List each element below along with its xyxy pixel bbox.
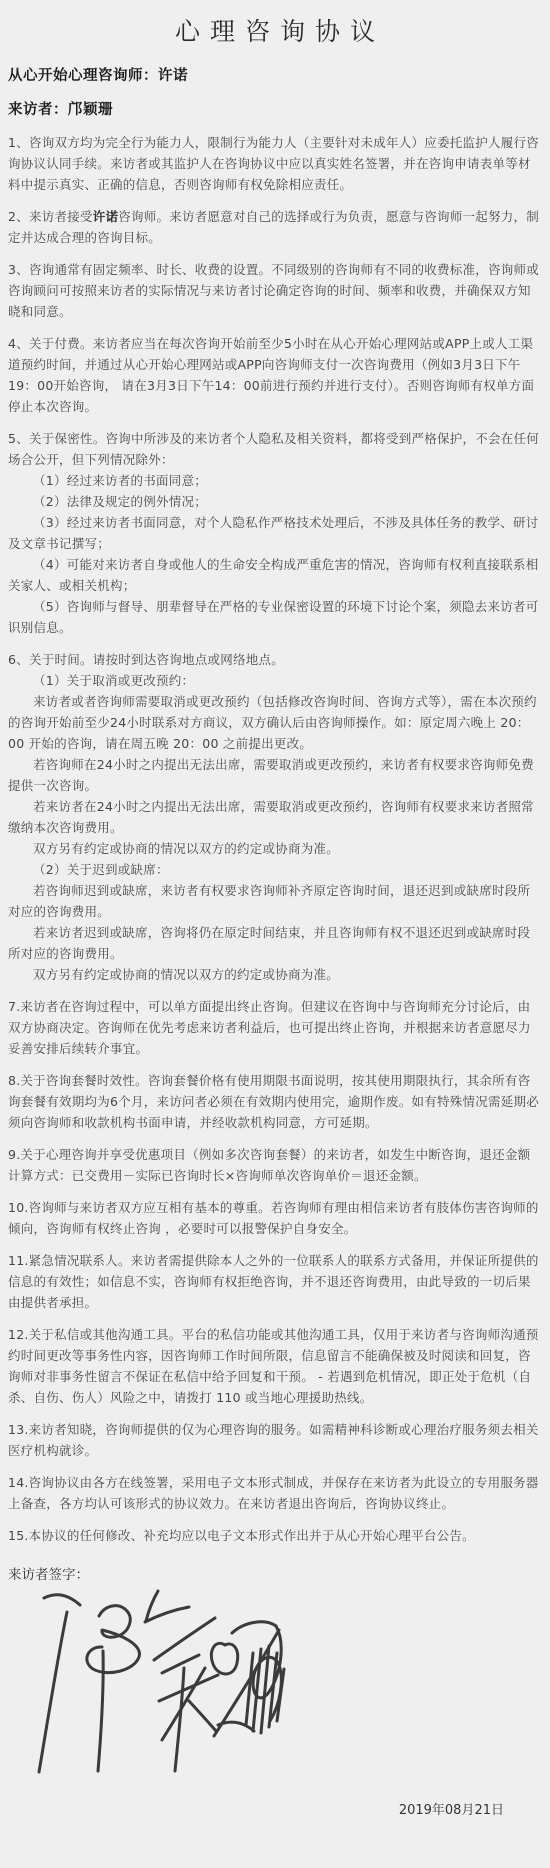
clause-paragraph: 1、咨询双方均为完全行为能力人，限制行为能力人（主要针对未成年人）应委托监护人履… (8, 132, 542, 195)
clause-paragraph: （1）关于取消或更改预约： (8, 670, 542, 691)
clause-paragraph: 若来访者迟到或缺席，咨询将仍在原定时间结束，并且咨询师有权不退还迟到或缺席时段所… (8, 922, 542, 964)
emphasized-text: 许诺 (93, 209, 119, 224)
clause: 2、来访者接受许诺咨询师。来访者愿意对自己的选择或行为负责，愿意与咨询师一起努力… (8, 206, 542, 248)
clause-text: 4、关于付费。来访者应当在每次咨询开始前至少5小时在从心开始心理网站或APP上或… (8, 336, 534, 414)
clause-paragraph: 5、关于保密性。咨询中所涉及的来访者个人隐私及相关资料，都将受到严格保护，不会在… (8, 428, 542, 470)
clause-text: 来访者或者咨询师需要取消或更改预约（包括修改咨询时间、咨询方式等），需在本次预约… (8, 694, 537, 751)
clause: 1、咨询双方均为完全行为能力人，限制行为能力人（主要针对未成年人）应委托监护人履… (8, 132, 542, 195)
clause-paragraph: 若咨询师在24小时之内提出无法出席，需要取消或更改预约，来访者有权要求咨询师免费… (8, 754, 542, 796)
clause-text: 双方另有约定或协商的情况以双方的约定或协商为准。 (33, 967, 339, 982)
clause-paragraph: 双方另有约定或协商的情况以双方的约定或协商为准。 (8, 838, 542, 859)
clause: 13.来访者知晓，咨询师提供的仅为心理咨询的服务。如需精神科诊断或心理治疗服务须… (8, 1419, 542, 1461)
clause-text: （2）关于迟到或缺席： (33, 862, 169, 877)
clause-paragraph: 来访者或者咨询师需要取消或更改预约（包括修改咨询时间、咨询方式等），需在本次预约… (8, 691, 542, 754)
clause: 14.咨询协议由各方在线签署，采用电子文本形式制成，并保存在来访者为此设立的专用… (8, 1472, 542, 1514)
clause: 7.来访者在咨询过程中，可以单方面提出终止咨询。但建议在咨询中与咨询师充分讨论后… (8, 996, 542, 1059)
clause: 5、关于保密性。咨询中所涉及的来访者个人隐私及相关资料，都将受到严格保护，不会在… (8, 428, 542, 638)
visitor-line: 来访者：邝颖珊 (8, 98, 542, 119)
clause-paragraph: （4）可能对来访者自身或他人的生命安全构成严重危害的情况，咨询师有权利直接联系相… (8, 554, 542, 596)
clause-text: 10.咨询师与来访者双方应互相有基本的尊重。若咨询师有理由相信来访者有肢体伤害咨… (8, 1200, 539, 1236)
clause-paragraph: 若咨询师迟到或缺席，来访者有权要求咨询师补齐原定咨询时间，退还迟到或缺席时段所对… (8, 880, 542, 922)
clause-text: 2、来访者接受 (8, 209, 93, 224)
clause-paragraph: 8.关于咨询套餐时效性。咨询套餐价格有使用期限书面说明，按其使用期限执行，其余所… (8, 1070, 542, 1133)
clause: 15.本协议的任何修改、补充均应以电子文本形式作出并于从心开始心理平台公告。 (8, 1525, 542, 1546)
clause-text: 5、关于保密性。咨询中所涉及的来访者个人隐私及相关资料，都将受到严格保护，不会在… (8, 431, 539, 467)
clause-text: （2）法律及规定的例外情况； (33, 494, 207, 509)
clause-text: 12.关于私信或其他沟通工具。平台的私信功能或其他沟通工具，仅用于来访者与咨询师… (8, 1327, 539, 1405)
clause-text: （1）经过来访者的书面同意； (33, 473, 207, 488)
signature-strokes-image (22, 1585, 302, 1785)
clause-paragraph: （2）关于迟到或缺席： (8, 859, 542, 880)
clause-paragraph: 11.紧急情况联系人。来访者需提供除本人之外的一位联系人的联系方式备用，并保证所… (8, 1250, 542, 1313)
counselor-line: 从心开始心理咨询师：许诺 (8, 64, 542, 85)
clause-text: （3）经过来访者书面同意，对个人隐私作严格技术处理后，不涉及具体任务的教学、研讨… (8, 515, 538, 551)
clause-paragraph: 9.关于心理咨询并享受优惠项目（例如多次咨询套餐）的来访者，如发生中断咨询，退还… (8, 1144, 542, 1186)
clause: 6、关于时间。请按时到达咨询地点或网络地点。（1）关于取消或更改预约：来访者或者… (8, 649, 542, 985)
clause-paragraph: 13.来访者知晓，咨询师提供的仅为心理咨询的服务。如需精神科诊断或心理治疗服务须… (8, 1419, 542, 1461)
clause-text: 7.来访者在咨询过程中，可以单方面提出终止咨询。但建议在咨询中与咨询师充分讨论后… (8, 999, 531, 1056)
clause: 11.紧急情况联系人。来访者需提供除本人之外的一位联系人的联系方式备用，并保证所… (8, 1250, 542, 1313)
clause-paragraph: 6、关于时间。请按时到达咨询地点或网络地点。 (8, 649, 542, 670)
clause-paragraph: 4、关于付费。来访者应当在每次咨询开始前至少5小时在从心开始心理网站或APP上或… (8, 333, 542, 417)
clause-paragraph: 7.来访者在咨询过程中，可以单方面提出终止咨询。但建议在咨询中与咨询师充分讨论后… (8, 996, 542, 1059)
clause-paragraph: （2）法律及规定的例外情况； (8, 491, 542, 512)
clause-paragraph: （1）经过来访者的书面同意； (8, 470, 542, 491)
clause-paragraph: 若来访者在24小时之内提出无法出席，需要取消或更改预约，咨询师有权要求来访者照常… (8, 796, 542, 838)
clauses-container: 1、咨询双方均为完全行为能力人，限制行为能力人（主要针对未成年人）应委托监护人履… (8, 132, 542, 1546)
agreement-document: 心理咨询协议 从心开始心理咨询师：许诺 来访者：邝颖珊 1、咨询双方均为完全行为… (0, 0, 550, 1868)
clause-paragraph: 15.本协议的任何修改、补充均应以电子文本形式作出并于从心开始心理平台公告。 (8, 1525, 542, 1546)
clause-text: 11.紧急情况联系人。来访者需提供除本人之外的一位联系人的联系方式备用，并保证所… (8, 1253, 539, 1310)
clause: 3、咨询通常有固定频率、时长、收费的设置。不同级别的咨询师有不同的收费标准，咨询… (8, 259, 542, 322)
clause-paragraph: （3）经过来访者书面同意，对个人隐私作严格技术处理后，不涉及具体任务的教学、研讨… (8, 512, 542, 554)
clause-text: 14.咨询协议由各方在线签署，采用电子文本形式制成，并保存在来访者为此设立的专用… (8, 1475, 539, 1511)
clause-text: （4）可能对来访者自身或他人的生命安全构成严重危害的情况，咨询师有权利直接联系相… (8, 557, 538, 593)
clause: 4、关于付费。来访者应当在每次咨询开始前至少5小时在从心开始心理网站或APP上或… (8, 333, 542, 417)
clause-paragraph: 14.咨询协议由各方在线签署，采用电子文本形式制成，并保存在来访者为此设立的专用… (8, 1472, 542, 1514)
clause-text: 15.本协议的任何修改、补充均应以电子文本形式作出并于从心开始心理平台公告。 (8, 1528, 475, 1543)
clause-paragraph: 10.咨询师与来访者双方应互相有基本的尊重。若咨询师有理由相信来访者有肢体伤害咨… (8, 1197, 542, 1239)
clause: 8.关于咨询套餐时效性。咨询套餐价格有使用期限书面说明，按其使用期限执行，其余所… (8, 1070, 542, 1133)
clause-text: 若咨询师在24小时之内提出无法出席，需要取消或更改预约，来访者有权要求咨询师免费… (8, 757, 534, 793)
clause-paragraph: 12.关于私信或其他沟通工具。平台的私信功能或其他沟通工具，仅用于来访者与咨询师… (8, 1324, 542, 1408)
clause-text: （1）关于取消或更改预约： (33, 673, 194, 688)
clause-text: 双方另有约定或协商的情况以双方的约定或协商为准。 (33, 841, 339, 856)
clause-text: 13.来访者知晓，咨询师提供的仅为心理咨询的服务。如需精神科诊断或心理治疗服务须… (8, 1422, 539, 1458)
clause-text: 9.关于心理咨询并享受优惠项目（例如多次咨询套餐）的来访者，如发生中断咨询，退还… (8, 1147, 530, 1183)
clause-text: 3、咨询通常有固定频率、时长、收费的设置。不同级别的咨询师有不同的收费标准，咨询… (8, 262, 539, 319)
clause: 12.关于私信或其他沟通工具。平台的私信功能或其他沟通工具，仅用于来访者与咨询师… (8, 1324, 542, 1408)
clause: 9.关于心理咨询并享受优惠项目（例如多次咨询套餐）的来访者，如发生中断咨询，退还… (8, 1144, 542, 1186)
clause-paragraph: 3、咨询通常有固定频率、时长、收费的设置。不同级别的咨询师有不同的收费标准，咨询… (8, 259, 542, 322)
clause-paragraph: 双方另有约定或协商的情况以双方的约定或协商为准。 (8, 964, 542, 985)
clause-text: 1、咨询双方均为完全行为能力人，限制行为能力人（主要针对未成年人）应委托监护人履… (8, 135, 539, 192)
handwritten-signature (22, 1585, 542, 1787)
clause-paragraph: （5）咨询师与督导、朋辈督导在严格的专业保密设置的环境下讨论个案，须隐去来访者可… (8, 596, 542, 638)
clause-text: （5）咨询师与督导、朋辈督导在严格的专业保密设置的环境下讨论个案，须隐去来访者可… (8, 599, 538, 635)
agreement-date: 2019年08月21日 (8, 1799, 542, 1818)
signature-label: 来访者签字： (8, 1563, 542, 1583)
clause-text: 若来访者在24小时之内提出无法出席，需要取消或更改预约，咨询师有权要求来访者照常… (8, 799, 534, 835)
clause-text: 8.关于咨询套餐时效性。咨询套餐价格有使用期限书面说明，按其使用期限执行，其余所… (8, 1073, 539, 1130)
clause-text: 6、关于时间。请按时到达咨询地点或网络地点。 (8, 652, 284, 667)
clause: 10.咨询师与来访者双方应互相有基本的尊重。若咨询师有理由相信来访者有肢体伤害咨… (8, 1197, 542, 1239)
clause-text: 若咨询师迟到或缺席，来访者有权要求咨询师补齐原定咨询时间，退还迟到或缺席时段所对… (8, 883, 530, 919)
clause-text: 若来访者迟到或缺席，咨询将仍在原定时间结束，并且咨询师有权不退还迟到或缺席时段所… (8, 925, 530, 961)
clause-paragraph: 2、来访者接受许诺咨询师。来访者愿意对自己的选择或行为负责，愿意与咨询师一起努力… (8, 206, 542, 248)
page-title: 心理咨询协议 (8, 12, 542, 48)
agreement-page: { "colors": { "background": "#efefef", "… (0, 0, 550, 1868)
